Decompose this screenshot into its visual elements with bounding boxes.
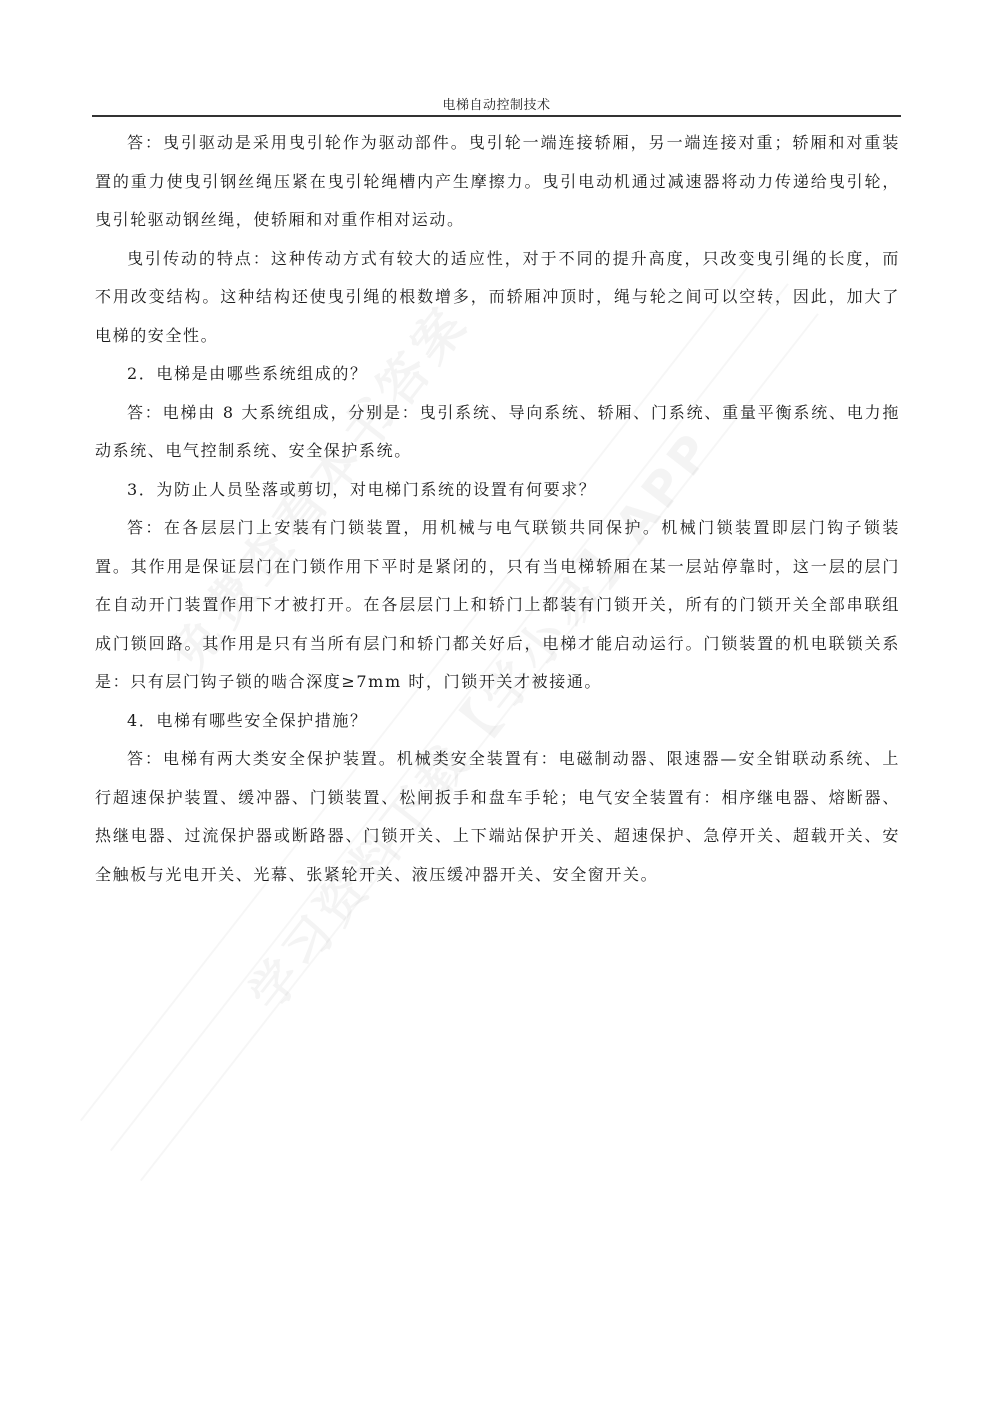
question-heading: 4．电梯有哪些安全保护措施？	[95, 702, 900, 741]
answer-paragraph: 答：电梯由 8 大系统组成，分别是：曳引系统、导向系统、轿厢、门系统、重量平衡系…	[95, 394, 900, 471]
running-header-title: 电梯自动控制技术	[0, 94, 993, 113]
answer-paragraph: 答：在各层层门上安装有门锁装置，用机械与电气联锁共同保护。机械门锁装置即层门钩子…	[95, 509, 900, 702]
question-heading: 2．电梯是由哪些系统组成的？	[95, 355, 900, 394]
answer-paragraph: 曳引传动的特点：这种传动方式有较大的适应性，对于不同的提升高度，只改变曳引绳的长…	[95, 240, 900, 356]
header-rule	[92, 115, 901, 117]
question-heading: 3．为防止人员坠落或剪切，对电梯门系统的设置有何要求？	[95, 471, 900, 510]
document-body: 答：曳引驱动是采用曳引轮作为驱动部件。曳引轮一端连接轿厢，另一端连接对重；轿厢和…	[95, 124, 900, 894]
answer-paragraph: 答：电梯有两大类安全保护装置。机械类安全装置有：电磁制动器、限速器—安全钳联动系…	[95, 740, 900, 894]
answer-paragraph: 答：曳引驱动是采用曳引轮作为驱动部件。曳引轮一端连接轿厢，另一端连接对重；轿厢和…	[95, 124, 900, 240]
